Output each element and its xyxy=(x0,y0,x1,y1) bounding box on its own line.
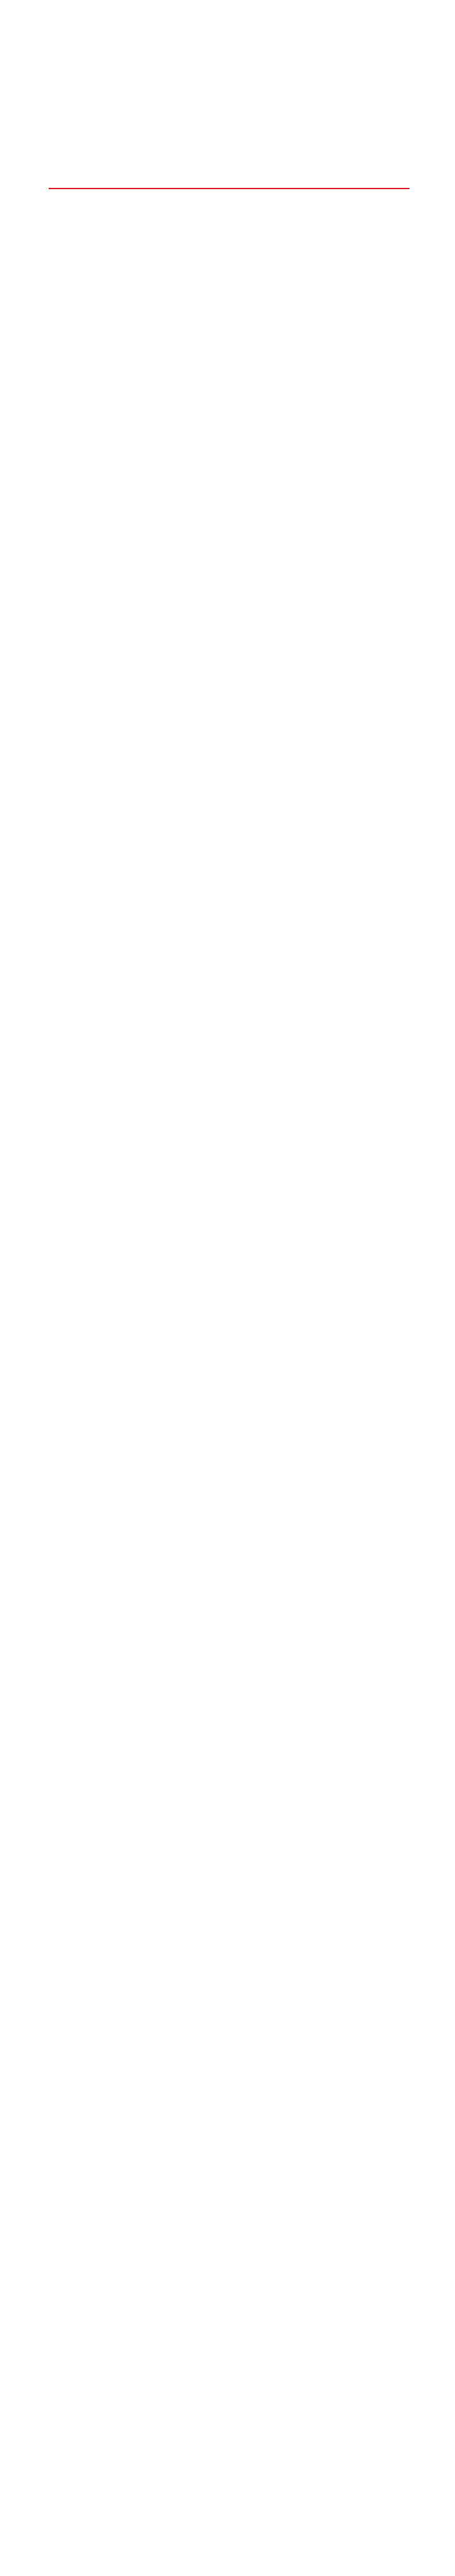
header-red-rule xyxy=(49,188,409,189)
org-header-title xyxy=(99,119,356,170)
